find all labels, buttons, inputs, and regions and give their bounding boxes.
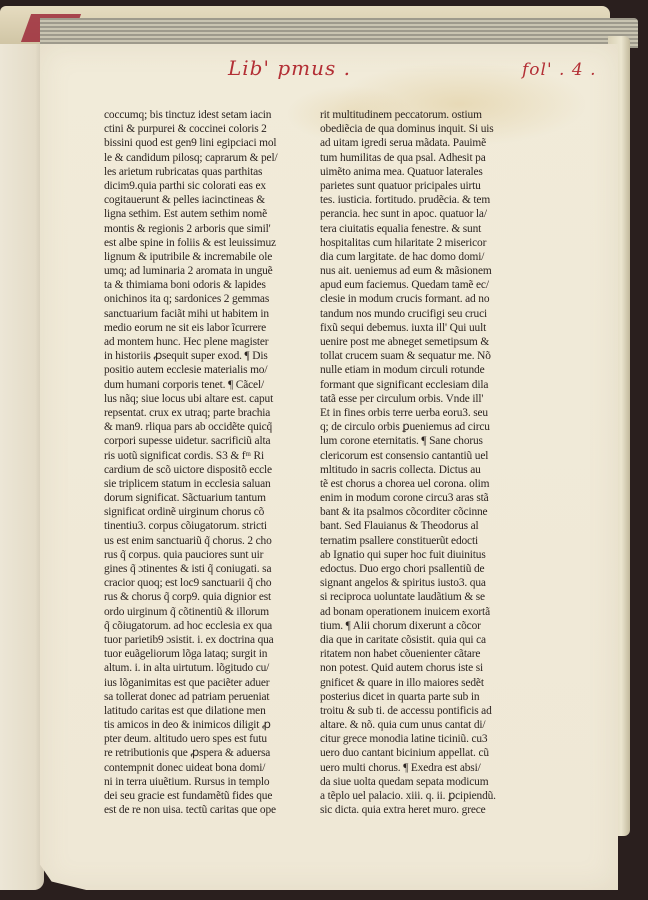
text-line: non potest. Quid autem chorus iste si xyxy=(320,661,516,675)
page-stack-edge xyxy=(40,18,638,48)
text-line: bant. Sed Flauianus & Theodorus al xyxy=(320,519,516,533)
text-line: us est enim sanctuariũ q̃ chorus. 2 cho xyxy=(104,534,294,548)
text-line: altum. i. in alta uirtutum. lõgitudo cu/ xyxy=(104,661,294,675)
text-line: pter deum. altitudo uero spes est futu xyxy=(104,732,294,746)
text-line: in historiis ꝓsequit super exod. ¶ Dis xyxy=(104,349,294,363)
text-line: tis amicos in deo & inimicos diligit ꝓ xyxy=(104,718,294,732)
text-line: & man9. rliqua pars ab occidẽte quicq̃ xyxy=(104,420,294,434)
text-line: troitu & sub ti. de accessu pontificis a… xyxy=(320,704,516,718)
text-line: Et in fines orbis terre uerba eoru3. seu xyxy=(320,406,516,420)
text-line: est albe spine in foliis & est leuissimu… xyxy=(104,236,294,250)
facing-page-left xyxy=(0,44,44,890)
text-line: tium. ¶ Alii chorum dixerunt a cõcor xyxy=(320,619,516,633)
text-line: re retributionis que ꝓspera & aduersa xyxy=(104,746,294,760)
text-line: latitudo caritas est que dilatione men xyxy=(104,704,294,718)
text-line: positio autem ecclesie materialis mo/ xyxy=(104,363,294,377)
text-line: tuor euãgeliorum lõga lataq; surgit in xyxy=(104,647,294,661)
text-line: ris uotũ significat cordis. S3 & fᵐ Ri xyxy=(104,449,294,463)
text-line: est de re non uisa. tectũ caritas que op… xyxy=(104,803,294,817)
text-line: parietes sunt quatuor pricipales uirtu xyxy=(320,179,516,193)
text-line: contempnit donec uideat bona domi/ xyxy=(104,761,294,775)
text-line: repsentat. crux ex utraq; parte brachia xyxy=(104,406,294,420)
text-line: hospitalitas cum hilaritate 2 misericor xyxy=(320,236,516,250)
text-line: corpori supesse uidetur. sacrificiũ alta xyxy=(104,434,294,448)
text-line: cogitauerunt & pelles iacinctineas & xyxy=(104,193,294,207)
text-line: tes. iusticia. fortitudo. prudẽcia. & te… xyxy=(320,193,516,207)
text-line: q̃ cõiugatorum. ad hoc ecclesia ex qua xyxy=(104,619,294,633)
text-line: montis & regionis 2 arboris que simil' xyxy=(104,222,294,236)
text-line: tẽ est chorus a chorea uel corona. olim xyxy=(320,477,516,491)
text-line: dicim9.quia parthi sic colorati eas ex xyxy=(104,179,294,193)
text-line: q; de circulo orbis ꝑueniemus ad circu xyxy=(320,420,516,434)
text-line: dia que in caritate cõsistit. quia qui c… xyxy=(320,633,516,647)
running-head: Lib' pmus . fol' . 4 . xyxy=(0,52,648,92)
text-line: ritatem non habet cõuenienter cãtare xyxy=(320,647,516,661)
text-line: medio eorum ne sit eis labor ĩcurrere xyxy=(104,321,294,335)
text-column-left: coccumq; bis tinctuz idest setam iacinct… xyxy=(104,108,294,817)
text-line: da siue uolta quedam sepata modicum xyxy=(320,775,516,789)
text-line: altare. & nõ. quia cum unus cantat di/ xyxy=(320,718,516,732)
text-line: sie triplicem statum in ecclesia saluan xyxy=(104,477,294,491)
text-line: edoctus. Duo ergo chori psallentiũ de xyxy=(320,562,516,576)
book-photograph: Lib' pmus . fol' . 4 . coccumq; bis tinc… xyxy=(0,0,648,900)
text-line: cracior quoq; est loc9 sanctuarii q̃ cho xyxy=(104,576,294,590)
text-line: apud eum faciemus. Quedam tamẽ ec/ xyxy=(320,278,516,292)
text-line: tatã esse per circulum orbis. Vnde ill' xyxy=(320,392,516,406)
text-line: tandum nos mundo crucifigi seu cruci xyxy=(320,307,516,321)
text-line: tinentiu3. corpus cõiugatorum. stricti xyxy=(104,519,294,533)
text-line: mltitudo in sacris collecta. Dictus au xyxy=(320,463,516,477)
text-line: bant & ita psalmos cõcorditer cõcinne xyxy=(320,505,516,519)
text-line: clericorum est consensio cantantiũ uel xyxy=(320,449,516,463)
text-line: rus & chorus q̃ corp9. quia dignior est xyxy=(104,590,294,604)
text-line: gnificet & quare in illo maiores sedẽt xyxy=(320,676,516,690)
text-line: lus nãq; siue locus ubi altare est. capu… xyxy=(104,392,294,406)
text-line: ligna sethim. Est autem sethim nomẽ xyxy=(104,207,294,221)
text-line: dum humani corporis tenet. ¶ Cãcel/ xyxy=(104,378,294,392)
text-line: ternatim psallere constituerũt edocti xyxy=(320,534,516,548)
text-line: ius lõganimitas est que paciẽter aduer xyxy=(104,676,294,690)
text-line: sa tollerat donec ad patriam perueniat xyxy=(104,690,294,704)
text-line: dia cum largitate. de hac domo domi/ xyxy=(320,250,516,264)
text-line: tum humilitas de qua psal. Adhesit pa xyxy=(320,151,516,165)
text-line: le & candidum pilosq; caprarum & pel/ xyxy=(104,151,294,165)
text-line: obediẽcia de qua dominus inquit. Si uis xyxy=(320,122,516,136)
text-line: tera ciuitatis equalia fenestre. & sunt xyxy=(320,222,516,236)
text-line: sic dicta. quia extra heret muro. grece xyxy=(320,803,516,817)
text-line: ad uitam igredi serua mãdata. Pauimẽ xyxy=(320,136,516,150)
text-line: tollat crucem suam & sequatur me. Nõ xyxy=(320,349,516,363)
text-line: umq; ad luminaria 2 aromata in unguẽ xyxy=(104,264,294,278)
text-line: lignum & iputribile & incremabile ole xyxy=(104,250,294,264)
text-line: citur grece monodia latine ticiniũ. cu3 xyxy=(320,732,516,746)
text-line: posterius dicet in quarta parte sub in xyxy=(320,690,516,704)
text-line: nulle etiam in modum circuli rotunde xyxy=(320,363,516,377)
text-line: si reciproca uoluntate laudãtium & se xyxy=(320,590,516,604)
text-line: uimẽto anima mea. Quatuor laterales xyxy=(320,165,516,179)
text-line: ad montem hunc. Hec plene magister xyxy=(104,335,294,349)
text-line: rus q̃ corpus. quia pauciores sunt uir xyxy=(104,548,294,562)
text-line: uenire post me abneget semetipsum & xyxy=(320,335,516,349)
text-line: bissini quod est gen9 lini egipciaci mol xyxy=(104,136,294,150)
text-line: uero duo cantant bicinium appellat. cũ xyxy=(320,746,516,760)
text-line: significat ordinẽ uirginum chorus cõ xyxy=(104,505,294,519)
text-line: ab Ignatio qui super hoc fuit diuinitus xyxy=(320,548,516,562)
text-line: clesie in modum crucis formant. ad no xyxy=(320,292,516,306)
running-head-folio-number: fol' . 4 . xyxy=(522,60,596,80)
text-line: rit multitudinem peccatorum. ostium xyxy=(320,108,516,122)
text-line: perancia. hec sunt in apoc. quatuor la/ xyxy=(320,207,516,221)
text-line: signant angelos & spiritus iusto3. qua xyxy=(320,576,516,590)
text-line: fixũ sequi debemus. iuxta ill' Qui uult xyxy=(320,321,516,335)
text-line: ta & thimiama boni odoris & lapides xyxy=(104,278,294,292)
text-line: ad bonam operationem inuicem exortã xyxy=(320,605,516,619)
text-line: dei seu gracie est fundamẽtũ fides que xyxy=(104,789,294,803)
text-line: ni in terra uiuẽtium. Rursus in templo xyxy=(104,775,294,789)
text-column-right: rit multitudinem peccatorum. ostiumobedi… xyxy=(320,108,516,817)
running-head-book: Lib' pmus . xyxy=(228,56,351,80)
text-line: a tẽplo uel palacio. xiii. q. ii. ꝑcipie… xyxy=(320,789,516,803)
text-line: enim in modum corone circu3 aras stã xyxy=(320,491,516,505)
text-line: gines q̃ ɔtinentes & isti q̃ coniugati. … xyxy=(104,562,294,576)
text-line: formant que significant ecclesiam dila xyxy=(320,378,516,392)
text-line: dorum significat. Sãctuarium tantum xyxy=(104,491,294,505)
text-line: uero multi chorus. ¶ Exedra est absi/ xyxy=(320,761,516,775)
text-line: les arietum rubricatas quas parthitas xyxy=(104,165,294,179)
text-line: ctini & purpurei & coccinei coloris 2 xyxy=(104,122,294,136)
text-line: sanctuarium faciãt mihi ut habitem in xyxy=(104,307,294,321)
text-line: cardium de scõ uictore dispositõ eccle xyxy=(104,463,294,477)
text-line: tuor parietib9 ɔsistit. i. ex doctrina q… xyxy=(104,633,294,647)
text-line: nus ait. ueniemus ad eum & mãsionem xyxy=(320,264,516,278)
text-line: lum corone eternitatis. ¶ Sane chorus xyxy=(320,434,516,448)
text-line: coccumq; bis tinctuz idest setam iacin xyxy=(104,108,294,122)
text-line: onichinos ita q; sardonices 2 gemmas xyxy=(104,292,294,306)
text-line: ordo uirginum q̃ cõtinentiũ & illorum xyxy=(104,605,294,619)
